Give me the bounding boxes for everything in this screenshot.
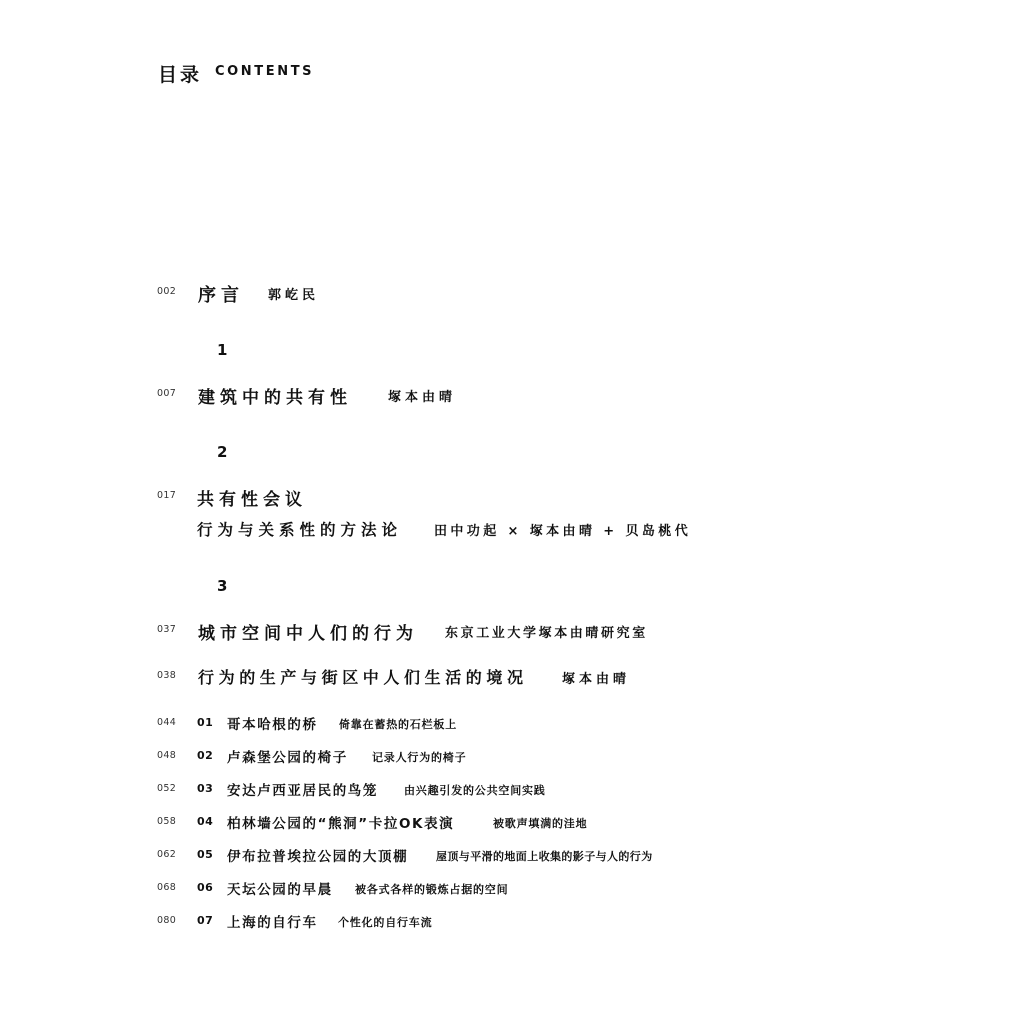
case-subtitle: 记录人行为的椅子 [372,749,466,765]
page-number: 044 [157,717,176,728]
page-number: 080 [157,915,176,926]
page-number: 038 [157,670,176,681]
case-number: 05 [197,848,213,861]
case-subtitle: 被歌声填满的洼地 [493,815,587,831]
case-number: 06 [197,881,213,894]
page-number: 017 [157,490,176,501]
case-number: 04 [197,815,213,828]
case-title: 伊布拉普埃拉公园的大顶棚 [227,845,408,865]
chapter-number: 3 [217,577,227,595]
case-subtitle: 倚靠在蓄热的石栏板上 [339,716,457,732]
entry-author: 东京工业大学塚本由晴研究室 [445,622,648,641]
page-number: 068 [157,882,176,893]
case-title: 上海的自行车 [227,911,318,931]
page-number: 052 [157,783,176,794]
page-number: 062 [157,849,176,860]
case-title: 天坛公园的早晨 [227,878,333,898]
case-title: 安达卢西亚居民的鸟笼 [227,779,378,799]
page-number: 048 [157,750,176,761]
case-subtitle: 个性化的自行车流 [338,914,432,930]
case-title: 柏林墙公园的“熊洞”卡拉OK表演 [227,812,454,832]
entry-author: 塚本由晴 [388,386,456,405]
entry-title: 共有性会议 [197,485,307,510]
case-subtitle: 被各式各样的锻炼占据的空间 [355,881,508,897]
entry-subtitle: 行为与关系性的方法论 [197,518,402,540]
chapter-number: 1 [217,341,227,359]
entry-title: 建筑中的共有性 [198,383,352,408]
contents-title-en: CONTENTS [215,64,314,79]
page-number: 007 [157,388,176,399]
page-number: 058 [157,816,176,827]
chapter-number: 2 [217,443,227,461]
entry-title: 序言 [198,281,244,307]
case-number: 03 [197,782,213,795]
entry-author: 田中功起 × 塚本由晴 + 贝岛桃代 [434,520,691,539]
case-title: 卢森堡公园的椅子 [227,746,348,766]
entry-author: 塚本由晴 [562,668,630,687]
case-number: 07 [197,914,213,927]
page-number: 002 [157,286,176,297]
case-title: 哥本哈根的桥 [227,713,318,733]
case-number: 02 [197,749,213,762]
case-subtitle: 由兴趣引发的公共空间实践 [404,782,546,798]
entry-title: 城市空间中人们的行为 [198,619,418,644]
case-subtitle: 屋顶与平滑的地面上收集的影子与人的行为 [436,848,653,864]
contents-title-cn: 目录 [158,60,202,87]
entry-title: 行为的生产与街区中人们生活的境况 [198,665,528,688]
page-number: 037 [157,624,176,635]
case-number: 01 [197,716,213,729]
entry-author: 郭屹民 [268,284,319,303]
